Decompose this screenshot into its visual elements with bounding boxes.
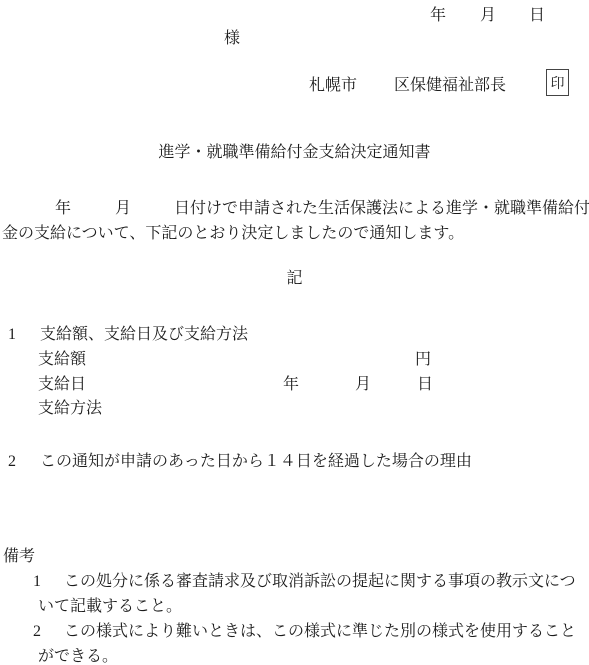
remark1-line1: この処分に係る審査請求及び取消訴訟の提起に関する事項の教示文につ (64, 572, 576, 591)
payment-method-label: 支給方法 (38, 399, 102, 418)
addressee-honorific: 様 (224, 29, 240, 48)
section1-number: 1 (8, 325, 16, 344)
payment-date-label: 支給日 (38, 375, 86, 394)
body-line1-text: 日付けで申請された生活保護法による進学・就職準備給付 (174, 199, 589, 218)
body-line2-text: 金の支給について、下記のとおり決定しましたので通知します。 (2, 224, 464, 243)
payment-date-day-label: 日 (417, 375, 433, 394)
payment-date-year-label: 年 (283, 375, 299, 394)
top-date-year-label: 年 (430, 6, 446, 25)
seal-box: 印 (546, 69, 569, 96)
remark2-line2: ができる。 (38, 647, 118, 665)
remark2-line1: この様式により難いときは、この様式に準じた別の様式を使用すること (64, 622, 576, 641)
section2-text: この通知が申請のあった日から１４日を経過した場合の理由 (40, 452, 472, 471)
top-date-month-label: 月 (480, 6, 496, 25)
body-year-label: 年 (55, 199, 71, 218)
amount-label: 支給額 (38, 350, 86, 369)
ki-marker: 記 (0, 269, 589, 288)
remark2-number: 2 (33, 622, 41, 641)
body-month-label: 月 (115, 199, 131, 218)
remark1-number: 1 (33, 572, 41, 591)
issuer-title: 区保健福祉部長 (394, 76, 506, 95)
amount-unit-label: 円 (415, 350, 431, 369)
section2-number: 2 (8, 452, 16, 471)
issuer-city: 札幌市 (309, 76, 357, 95)
seal-label: 印 (551, 73, 565, 93)
document-title: 進学・就職準備給付金支給決定通知書 (0, 143, 589, 162)
payment-date-month-label: 月 (355, 375, 371, 394)
notification-document-page: 年 月 日 様 札幌市 区保健福祉部長 印 進学・就職準備給付金支給決定通知書 … (0, 0, 589, 665)
remark1-line2: いて記載すること。 (38, 597, 182, 616)
remarks-heading: 備考 (3, 547, 35, 566)
section1-heading: 支給額、支給日及び支給方法 (40, 325, 248, 344)
top-date-day-label: 日 (529, 6, 545, 25)
